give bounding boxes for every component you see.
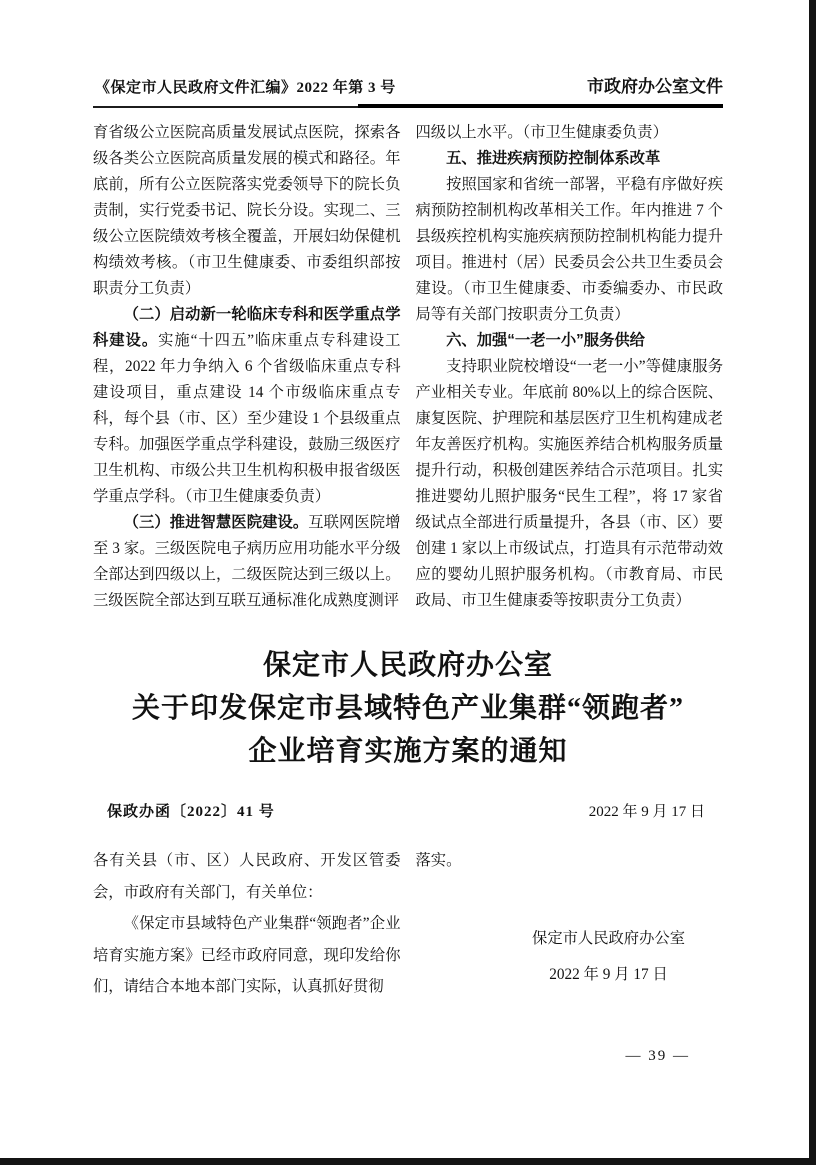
article1-left-column: 育省级公立医院高质量发展试点医院，探索各级各类公立医院高质量发展的模式和路径。年… (93, 120, 401, 614)
notice-title-line1: 保定市人民政府办公室 (93, 644, 723, 687)
document-date: 2022 年 9 月 17 日 (589, 800, 705, 821)
header-divider-thin (93, 106, 358, 108)
notice-title: 保定市人民政府办公室 关于印发保定市县域特色产业集群“领跑者” 企业培育实施方案… (93, 644, 723, 773)
notice-left-column: 各有关县（市、区）人民政府、开发区管委会，市政府有关部门，有关单位： 《保定市县… (93, 845, 401, 1003)
paragraph-text: 实施“十四五”临床重点专科建设工程，2022 年力争纳入 6 个省级临床重点专科… (93, 332, 401, 505)
notice-body-paragraph: 《保定市县域特色产业集群“领跑者”企业培育实施方案》已经市政府同意，现印发给你们… (93, 908, 401, 1003)
notice-continuation: 落实。 (416, 845, 724, 877)
scan-edge-right (809, 0, 816, 1165)
signer-name: 保定市人民政府办公室 (532, 921, 685, 957)
body-paragraph: （二）启动新一轮临床专科和医学重点学科建设。实施“十四五”临床重点专科建设工程，… (93, 302, 401, 510)
body-paragraph: 支持职业院校增设“一老一小”等健康服务产业相关专业。年底前 80%以上的综合医院… (416, 354, 724, 614)
header-divider-thick (358, 104, 723, 108)
notice-columns: 各有关县（市、区）人民政府、开发区管委会，市政府有关部门，有关单位： 《保定市县… (93, 845, 723, 1003)
body-paragraph: （三）推进智慧医院建设。互联网医院增至 3 家。三级医院电子病历应用功能水平分级… (93, 510, 401, 614)
body-paragraph: 育省级公立医院高质量发展试点医院，探索各级各类公立医院高质量发展的模式和路径。年… (93, 120, 401, 302)
page-content: 《保定市人民政府文件汇编》2022 年第 3 号 市政府办公室文件 育省级公立医… (93, 0, 723, 1003)
journal-title: 《保定市人民政府文件汇编》2022 年第 3 号 (95, 76, 396, 97)
document-number: 保政办函〔2022〕41 号 (107, 800, 275, 821)
signature-block: 保定市人民政府办公室 2022 年 9 月 17 日 (532, 921, 685, 993)
section-heading-6: 六、加强“一老一小”服务供给 (416, 328, 724, 354)
body-paragraph: 四级以上水平。（市卫生健康委负责） (416, 120, 724, 146)
body-paragraph: 按照国家和省统一部署，平稳有序做好疾病预防控制机构改革相关工作。年内推进 7 个… (416, 172, 724, 328)
notice-title-line3: 企业培育实施方案的通知 (93, 730, 723, 773)
signature-date: 2022 年 9 月 17 日 (532, 957, 685, 993)
paragraph-lead: （三）推进智慧医院建设。 (124, 514, 309, 531)
article1-columns: 育省级公立医院高质量发展试点医院，探索各级各类公立医院高质量发展的模式和路径。年… (93, 120, 723, 614)
section-label: 市政府办公室文件 (587, 72, 723, 97)
section-heading-5: 五、推进疾病预防控制体系改革 (416, 146, 724, 172)
article1-right-column: 四级以上水平。（市卫生健康委负责） 五、推进疾病预防控制体系改革 按照国家和省统… (416, 120, 724, 614)
running-head: 《保定市人民政府文件汇编》2022 年第 3 号 市政府办公室文件 (93, 0, 723, 97)
scan-edge-bottom (0, 1158, 816, 1165)
docnum-row: 保政办函〔2022〕41 号 2022 年 9 月 17 日 (93, 800, 723, 821)
header-divider (93, 104, 723, 108)
notice-title-line2: 关于印发保定市县域特色产业集群“领跑者” (93, 687, 723, 730)
page-number: — 39 — (626, 1048, 691, 1065)
document-page: 《保定市人民政府文件汇编》2022 年第 3 号 市政府办公室文件 育省级公立医… (0, 0, 816, 1165)
salutation: 各有关县（市、区）人民政府、开发区管委会，市政府有关部门，有关单位： (93, 845, 401, 908)
notice-right-column: 落实。 保定市人民政府办公室 2022 年 9 月 17 日 (416, 845, 724, 1003)
